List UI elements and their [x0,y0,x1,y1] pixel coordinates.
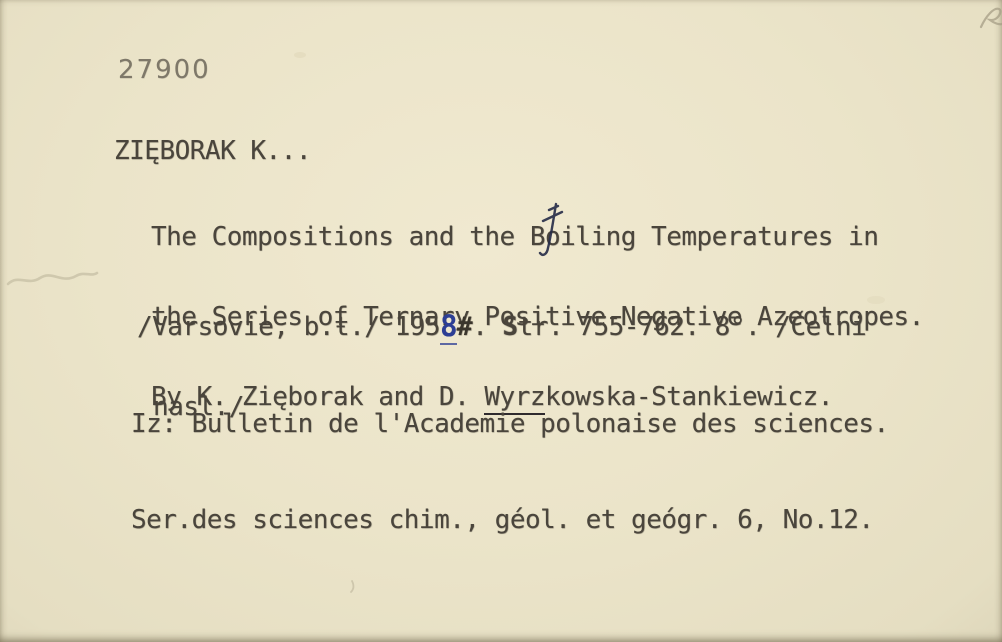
struck-out-character: # [457,312,472,342]
title-line: The Compositions and the Boiling Tempera… [151,224,924,251]
imprint-text: . [472,312,502,342]
serial-number: 27900 [118,55,211,85]
paper-stain [294,52,306,58]
author-heading: ZIĘBORAK K... [114,138,311,165]
imprint-text: tr. 755-762. 8°. /Čelni [518,312,867,342]
source-line: Iz: Bulletin de l'Academie polonaise des… [131,408,889,440]
source-note-block: Iz: Bulletin de l'Academie polonaise des… [131,344,889,600]
imprint-text: /Varsovie, b.ŧ./ 195 [137,312,440,342]
pencil-squiggle-left [8,273,97,284]
overtyped-letter: S [503,312,518,342]
catalog-card: 27900 ZIĘBORAK K... The Compositions and… [0,0,1002,642]
pencil-curve-top-right [981,9,1002,27]
source-line: Ser.des sciences chim., géol. et geógr. … [131,504,889,536]
imprint-line: /Varsovie, b.ŧ./ 1958#. Str. 755-762. 8°… [137,314,866,341]
handwritten-blue-digit: 8 [440,309,457,345]
